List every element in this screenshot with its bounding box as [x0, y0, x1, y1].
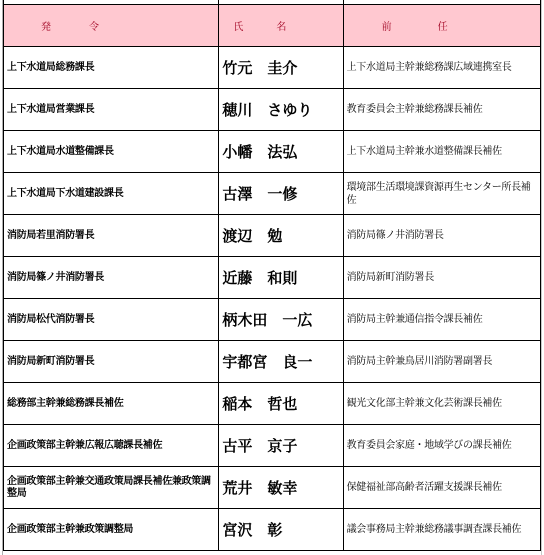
- table-header-row: 発 令 氏 名 前 任: [4, 5, 541, 47]
- table-row: 企画政策部主幹兼政策調整局 宮沢 彰 議会事務局主幹兼総務議事調査課長補佐: [4, 509, 541, 551]
- header-previous-char-2: 任: [438, 18, 448, 33]
- previous-cell: 上下水道局主幹兼総務課広域連携室長: [344, 61, 540, 74]
- header-order-char-1: 発: [41, 18, 51, 33]
- name-cell: 宮沢 彰: [219, 519, 342, 540]
- table-row: 企画政策部主幹兼交通政策局課長補佐兼政策調整局 荒井 敏幸 保健福祉部高齢者活躍…: [4, 467, 541, 509]
- personnel-table: 発 令 氏 名 前 任 上下水道局総務課長 竹元 圭介 上下水道局主幹兼総務課広…: [3, 0, 541, 551]
- order-cell: 総務部主幹兼総務課長補佐: [4, 398, 218, 410]
- name-cell: 竹元 圭介: [219, 57, 342, 78]
- table-row: 上下水道局下水道建設課長 古澤 一修 環境部生活環境課資源再生センター所長補佐: [4, 173, 541, 215]
- table-row: 総務部主幹兼総務課長補佐 稲本 哲也 観光文化部主幹兼文化芸術課長補佐: [4, 383, 541, 425]
- name-cell: 宇都宮 良一: [219, 351, 342, 372]
- name-cell: 荒井 敏幸: [219, 477, 342, 498]
- header-order: 発 令: [4, 5, 219, 47]
- table-row: 企画政策部主幹兼広報広聴課長補佐 古平 京子 教育委員会家庭・地域学びの課長補佐: [4, 425, 541, 467]
- order-cell: 企画政策部主幹兼政策調整局: [4, 524, 218, 536]
- name-cell: 古平 京子: [219, 435, 342, 456]
- header-name-char-2: 名: [276, 18, 286, 33]
- name-cell: 柄木田 一広: [219, 309, 342, 330]
- order-cell: 上下水道局総務課長: [4, 62, 218, 74]
- table-row: 消防局松代消防署長 柄木田 一広 消防局主幹兼通信指令課長補佐: [4, 299, 541, 341]
- previous-cell: 消防局主幹兼通信指令課長補佐: [344, 313, 540, 326]
- header-order-char-2: 令: [89, 18, 99, 33]
- name-cell: 古澤 一修: [219, 183, 342, 204]
- sheet-right-edge: [541, 0, 542, 555]
- header-name: 氏 名: [219, 5, 343, 47]
- previous-cell: 消防局主幹兼鳥居川消防署副署長: [344, 355, 540, 368]
- table-row: 上下水道局水道整備課長 小幡 法弘 上下水道局主幹兼水道整備課長補佐: [4, 131, 541, 173]
- personnel-table-sheet: 発 令 氏 名 前 任 上下水道局総務課長 竹元 圭介 上下水道局主幹兼総務課広…: [3, 0, 541, 551]
- previous-cell: 教育委員会家庭・地域学びの課長補佐: [344, 439, 540, 452]
- previous-cell: 教育委員会主幹兼総務課長補佐: [344, 103, 540, 116]
- header-previous-char-1: 前: [382, 18, 392, 33]
- order-cell: 企画政策部主幹兼広報広聴課長補佐: [4, 440, 218, 452]
- header-previous: 前 任: [343, 5, 540, 47]
- order-cell: 消防局松代消防署長: [4, 314, 218, 326]
- previous-cell: 消防局篠ノ井消防署長: [344, 229, 540, 242]
- table-row: 消防局新町消防署長 宇都宮 良一 消防局主幹兼鳥居川消防署副署長: [4, 341, 541, 383]
- previous-cell: 上下水道局主幹兼水道整備課長補佐: [344, 145, 540, 158]
- table-row: 上下水道局総務課長 竹元 圭介 上下水道局主幹兼総務課広域連携室長: [4, 47, 541, 89]
- name-cell: 稲本 哲也: [219, 393, 342, 414]
- table-row: 上下水道局営業課長 穂川 さゆり 教育委員会主幹兼総務課長補佐: [4, 89, 541, 131]
- previous-cell: 議会事務局主幹兼総務議事調査課長補佐: [344, 523, 540, 536]
- name-cell: 渡辺 勉: [219, 225, 342, 246]
- previous-cell: 保健福祉部高齢者活躍支援課長補佐: [344, 481, 540, 494]
- table-row: 消防局若里消防署長 渡辺 勉 消防局篠ノ井消防署長: [4, 215, 541, 257]
- previous-cell: 観光文化部主幹兼文化芸術課長補佐: [344, 397, 540, 410]
- previous-cell: 消防局新町消防署長: [344, 271, 540, 284]
- name-cell: 穂川 さゆり: [219, 99, 342, 120]
- name-cell: 小幡 法弘: [219, 141, 342, 162]
- order-cell: 上下水道局下水道建設課長: [4, 188, 218, 200]
- order-cell: 上下水道局営業課長: [4, 104, 218, 116]
- header-name-char-1: 氏: [233, 18, 243, 33]
- previous-cell: 環境部生活環境課資源再生センター所長補佐: [344, 181, 540, 207]
- order-cell: 消防局篠ノ井消防署長: [4, 272, 218, 284]
- table-row: 消防局篠ノ井消防署長 近藤 和則 消防局新町消防署長: [4, 257, 541, 299]
- order-cell: 企画政策部主幹兼交通政策局課長補佐兼政策調整局: [4, 476, 218, 500]
- order-cell: 消防局新町消防署長: [4, 356, 218, 368]
- order-cell: 上下水道局水道整備課長: [4, 146, 218, 158]
- order-cell: 消防局若里消防署長: [4, 230, 218, 242]
- name-cell: 近藤 和則: [219, 267, 342, 288]
